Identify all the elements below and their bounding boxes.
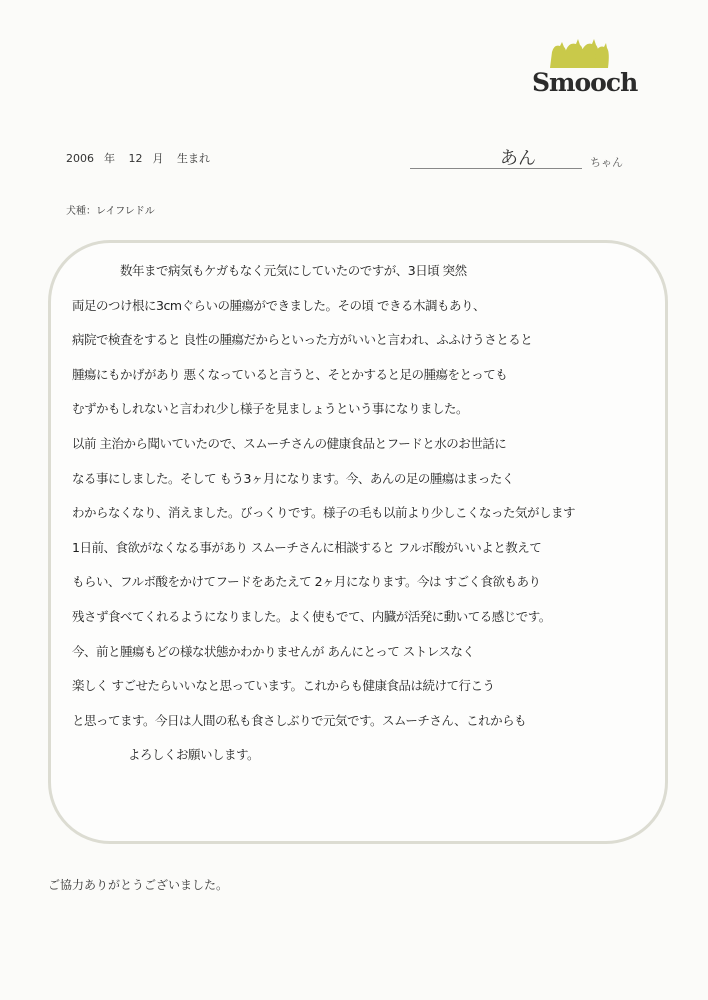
breed-value: レイフレドル — [96, 206, 155, 217]
letter-line: わからなくなり、消えました。びっくりです。様子の毛も以前より少しこくなった気がし… — [72, 496, 648, 531]
birth-year: 2006 — [66, 152, 94, 165]
logo-wordmark: Smooch — [532, 68, 632, 97]
letter-line: 楽しく すごせたらいいなと思っています。これからも健康食品は続けて行こう — [72, 669, 648, 704]
letter-line: なる事にしました。そして もう3ヶ月になります。今、あんの足の腫瘍はまったく — [72, 462, 648, 497]
letter-line: 1日前、食欲がなくなる事があり スムーチさんに相談すると フルボ酸がいいよと教え… — [72, 531, 648, 566]
letter-line: 今、前と腫瘍もどの様な状態かわかりませんが あんにとって ストレスなく — [72, 635, 648, 670]
handwritten-letter: 数年まで病気もケガもなく元気にしていたのですが、3日頃 突然 両足のつけ根に3c… — [72, 254, 648, 773]
month-label: 月 — [153, 152, 164, 165]
name-underline — [410, 168, 582, 169]
breed-separator: ： — [86, 206, 96, 217]
pet-name: あん — [500, 144, 536, 170]
smooch-logo: Smooch — [532, 38, 632, 104]
letter-line: 数年まで病気もケガもなく元気にしていたのですが、3日頃 突然 — [72, 254, 648, 289]
letter-line: 両足のつけ根に3cmぐらいの腫瘍ができました。その頃 できる木調もあり、 — [72, 289, 648, 324]
dog-silhouettes-icon — [546, 38, 610, 68]
birth-date: 2006年 12月 生まれ — [66, 150, 220, 166]
birth-month: 12 — [129, 152, 143, 165]
letter-line: よろしくお願いします。 — [72, 738, 648, 773]
thank-you-note: ご協力ありがとうございました。 — [48, 876, 228, 893]
letter-line: むずかもしれないと言われ少し様子を見ましょうという事になりました。 — [72, 392, 648, 427]
born-label: 生まれ — [177, 152, 210, 165]
honorific: ちゃん — [590, 154, 623, 170]
letter-line: 病院で検査をすると 良性の腫瘍だからといった方がいいと言われ、ふふけうさとると — [72, 323, 648, 358]
year-label: 年 — [104, 152, 115, 165]
letter-line: 残さず食べてくれるようになりました。よく使もでて、内臓が活発に動いてる感じです。 — [72, 600, 648, 635]
breed-label: 犬種 — [66, 206, 86, 217]
letter-line: もらい、フルボ酸をかけてフードをあたえて 2ヶ月になります。今は すごく食欲もあ… — [72, 565, 648, 600]
letter-line: 以前 主治から聞いていたので、スムーチさんの健康食品とフードと水のお世話に — [72, 427, 648, 462]
letter-line: 腫瘍にもかげがあり 悪くなっていると言うと、そとかすると足の腫瘍をとっても — [72, 358, 648, 393]
letter-line: と思ってます。今日は人間の私も食さしぶりで元気です。スムーチさん、これからも — [72, 704, 648, 739]
breed-line: 犬種：レイフレドル — [66, 202, 155, 217]
